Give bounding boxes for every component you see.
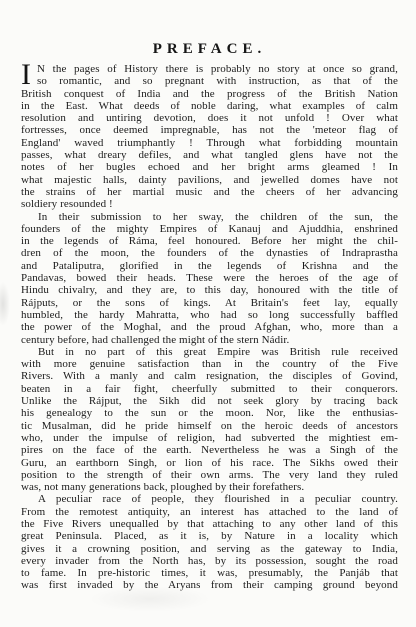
text-line: Rivers. With a manly and calm resignatio… xyxy=(21,370,398,382)
text-line: resolution and untiring devotion, does i… xyxy=(21,112,398,124)
text-line: tic Musalman, did he pride himself on th… xyxy=(21,420,398,432)
text-line: was, not many generations back, ploughed… xyxy=(21,481,398,493)
drop-cap-initial: I xyxy=(21,63,31,87)
text-line: pires on the face of the earth. Neverthe… xyxy=(21,444,398,456)
text-line: gives it a crowning position, and servin… xyxy=(21,543,398,555)
text-line: A peculiar race of people, they flourish… xyxy=(21,493,398,505)
page-content: PREFACE. I N the pages of History there … xyxy=(21,42,398,592)
text-line: with more genuine satisfaction than in t… xyxy=(21,358,398,370)
text-line: was first invaded by the Aryans from the… xyxy=(21,579,398,591)
text-line: so romantic, and so pregnant with instru… xyxy=(21,75,398,87)
text-line: humbled, the hardy Mahratta, who had so … xyxy=(21,309,398,321)
text-line: But in no part of this great Empire was … xyxy=(21,346,398,358)
page-title: PREFACE. xyxy=(21,42,398,57)
text-line: Pandavas, bowed their heads. These were … xyxy=(21,272,398,284)
text-line: in the legends of Ráma, feel honoured. B… xyxy=(21,235,398,247)
text-line: in the East. What deeds of noble daring,… xyxy=(21,100,398,112)
text-line: England' waved triumphantly ! Through wh… xyxy=(21,137,398,149)
text-line: and Pataliputra, glorified in the legend… xyxy=(21,260,398,272)
text-line: Rájputs, or the sons of kings. At Britai… xyxy=(21,297,398,309)
text-line: British conquest of India and the progre… xyxy=(21,88,398,100)
paragraph-4: A peculiar race of people, they flourish… xyxy=(21,493,398,591)
scanned-book-page: PREFACE. I N the pages of History there … xyxy=(0,0,416,627)
text-line: great Peninsula. Placed, as it is, by Na… xyxy=(21,530,398,542)
text-line: Guru, an earthborn Singh, or lion of his… xyxy=(21,457,398,469)
text-line: Hindu chivalry, and they are, to this da… xyxy=(21,284,398,296)
text-line: his genealogy to the sun or the moon. No… xyxy=(21,407,398,419)
paragraph-1: I N the pages of History there is probab… xyxy=(21,63,398,211)
text-line: the power of the Moghal, and the proud A… xyxy=(21,321,398,333)
text-line: Unlike the Rájput, the Sikh did not seek… xyxy=(21,395,398,407)
text-line: dren of the moon, the founders of the dy… xyxy=(21,247,398,259)
paragraph-3: But in no part of this great Empire was … xyxy=(21,346,398,494)
text-line: fortresses, once deemed impregnable, has… xyxy=(21,124,398,136)
text-line: what majestic halls, dainty pavilions, a… xyxy=(21,174,398,186)
text-line: the strains of her martial music and the… xyxy=(21,186,398,198)
text-line: century before, had challenged the might… xyxy=(21,334,398,346)
text-line: to fame. In pre-historic times, it was, … xyxy=(21,567,398,579)
text-line: soldiery resounded ! xyxy=(21,198,398,210)
text-line: From the remotest antiquity, an interest… xyxy=(21,506,398,518)
text-line: beaten in a fair fight, cheerfully submi… xyxy=(21,383,398,395)
text-line: In their submission to her sway, the chi… xyxy=(21,211,398,223)
text-line: notes of her bugles echoed and her brigh… xyxy=(21,161,398,173)
text-line: who, under the impulse of religion, had … xyxy=(21,432,398,444)
text-line: position to the strength of their own ar… xyxy=(21,469,398,481)
paragraph-2: In their submission to her sway, the chi… xyxy=(21,211,398,346)
text-line: N the pages of History there is probably… xyxy=(21,63,398,75)
text-line: the Five Rivers unequalled by that attac… xyxy=(21,518,398,530)
text-line: every invader from the North has, by its… xyxy=(21,555,398,567)
text-line: passes, what dreary defiles, and what ta… xyxy=(21,149,398,161)
text-line: founders of the mighty Empires of Kanauj… xyxy=(21,223,398,235)
